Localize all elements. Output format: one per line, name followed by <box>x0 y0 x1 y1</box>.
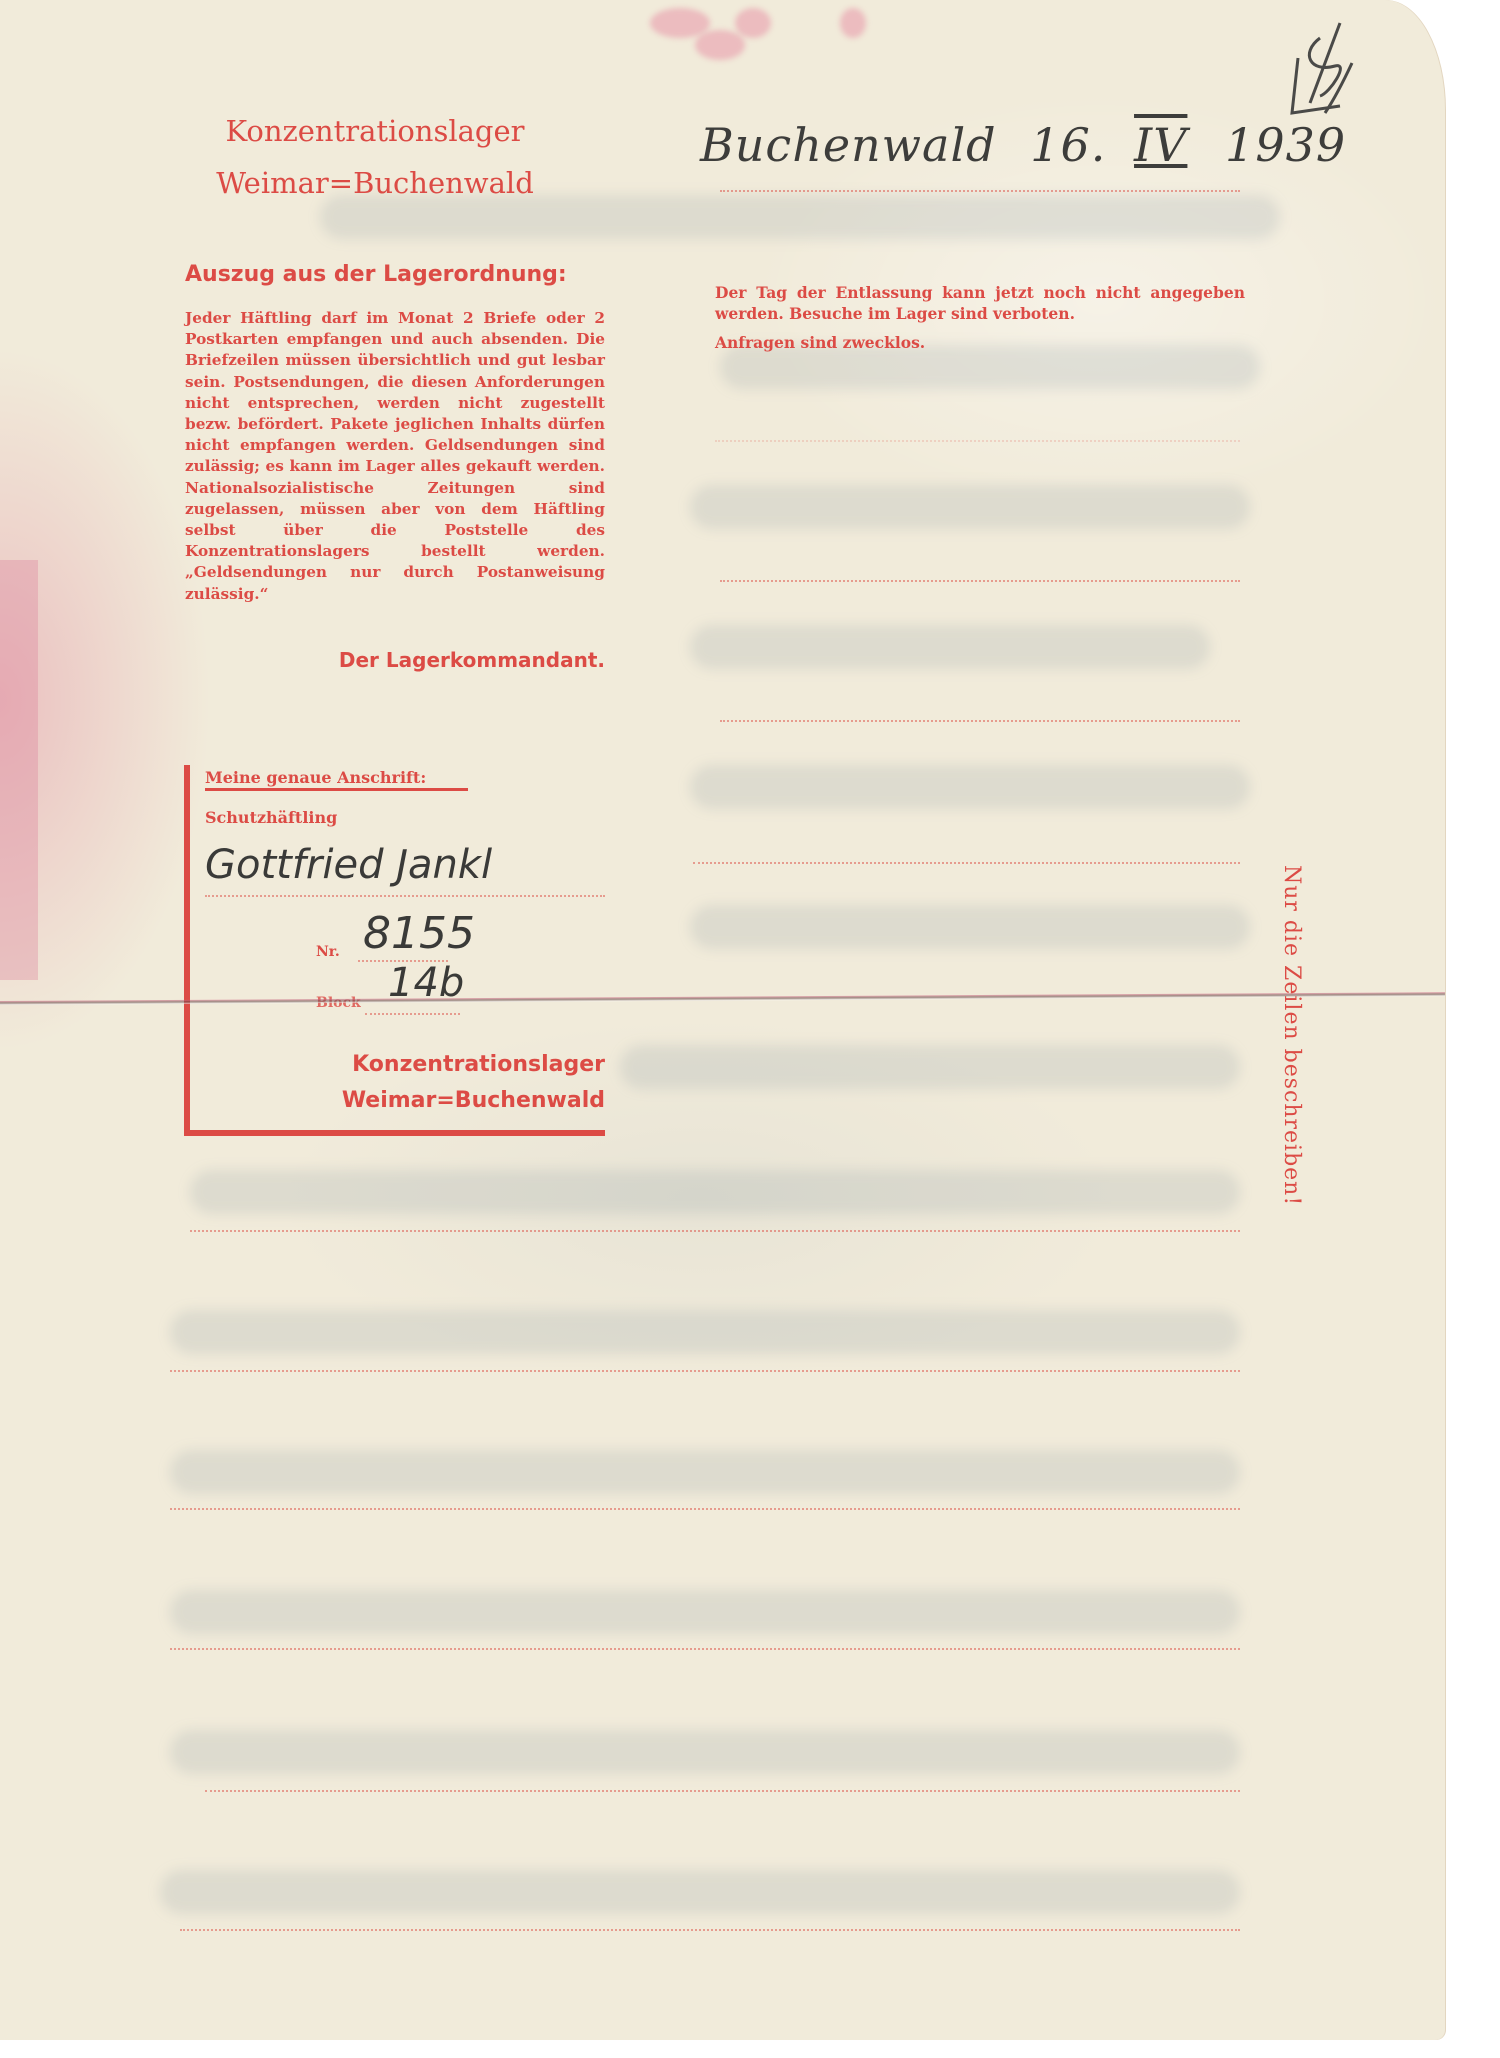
name-line <box>205 895 605 897</box>
rules-body: Jeder Häftling darf im Monat 2 Briefe od… <box>185 308 605 605</box>
stain-top <box>695 30 745 60</box>
writing-line <box>170 1648 1240 1650</box>
writing-line <box>715 440 1240 442</box>
bleed-through-line <box>690 625 1210 669</box>
writing-line <box>180 1929 1240 1931</box>
letter-sheet: Konzentrationslager Weimar=Buchenwald Au… <box>0 0 1445 2040</box>
date-day: 16. <box>1030 118 1106 172</box>
pencil-initials-icon <box>1280 18 1360 118</box>
prisoner-name: Gottfried Jankl <box>205 842 492 888</box>
bleed-through-line <box>690 485 1250 529</box>
stain-top <box>650 8 710 38</box>
bleed-through-line <box>170 1590 1240 1634</box>
box-camp-line2: Weimar=Buchenwald <box>320 1088 605 1113</box>
prisoner-number: 8155 <box>363 908 475 959</box>
writing-line <box>190 1230 1240 1232</box>
fold-crease <box>0 992 1445 1005</box>
date-year: 1939 <box>1225 118 1346 172</box>
rules-signature: Der Lagerkommandant. <box>185 648 605 672</box>
release-notice: Der Tag der Entlassung kann jetzt noch n… <box>715 282 1245 353</box>
writing-line <box>720 720 1240 722</box>
bleed-through-line <box>190 1170 1240 1214</box>
writing-line <box>693 862 1240 864</box>
writing-line <box>205 1790 1240 1792</box>
date-ruled-line <box>720 190 1240 192</box>
number-label: Nr. <box>316 944 340 960</box>
bleed-through-line <box>690 905 1250 949</box>
box-camp-line1: Konzentrationslager <box>320 1052 605 1077</box>
bleed-through-line <box>170 1450 1240 1494</box>
bleed-through-line <box>160 1870 1240 1914</box>
camp-name-line2: Weimar=Buchenwald <box>185 164 565 202</box>
rules-heading: Auszug aus der Lagerordnung: <box>185 262 610 287</box>
address-label: Meine genaue Anschrift: <box>205 768 468 791</box>
margin-instruction: Nur die Zeilen beschreiben! <box>1264 865 1304 1275</box>
writing-line <box>170 1370 1240 1372</box>
writing-line <box>170 1508 1240 1510</box>
notice-text: Der Tag der Entlassung kann jetzt noch n… <box>715 283 1245 323</box>
stain-top <box>840 8 866 38</box>
block-line <box>365 1013 460 1015</box>
notice-inquiries: Anfragen sind zwecklos. <box>715 332 1245 353</box>
stain-left-edge <box>0 560 38 980</box>
camp-name-line1: Konzentrationslager <box>185 112 565 150</box>
prisoner-status-label: Schutzhäftling <box>205 808 337 827</box>
bleed-through-line <box>170 1310 1240 1354</box>
date-month: IV <box>1134 118 1187 172</box>
address-box-left-border <box>184 765 190 1136</box>
stain-top <box>735 8 771 38</box>
address-box-bottom-border <box>184 1130 605 1136</box>
date-place: Buchenwald <box>700 118 997 172</box>
bleed-through-line <box>170 1730 1240 1774</box>
writing-line <box>720 580 1240 582</box>
bleed-through-line <box>690 765 1250 809</box>
handwritten-date: Buchenwald 16. IV 1939 <box>700 118 1260 188</box>
bleed-through-line <box>620 1045 1240 1089</box>
